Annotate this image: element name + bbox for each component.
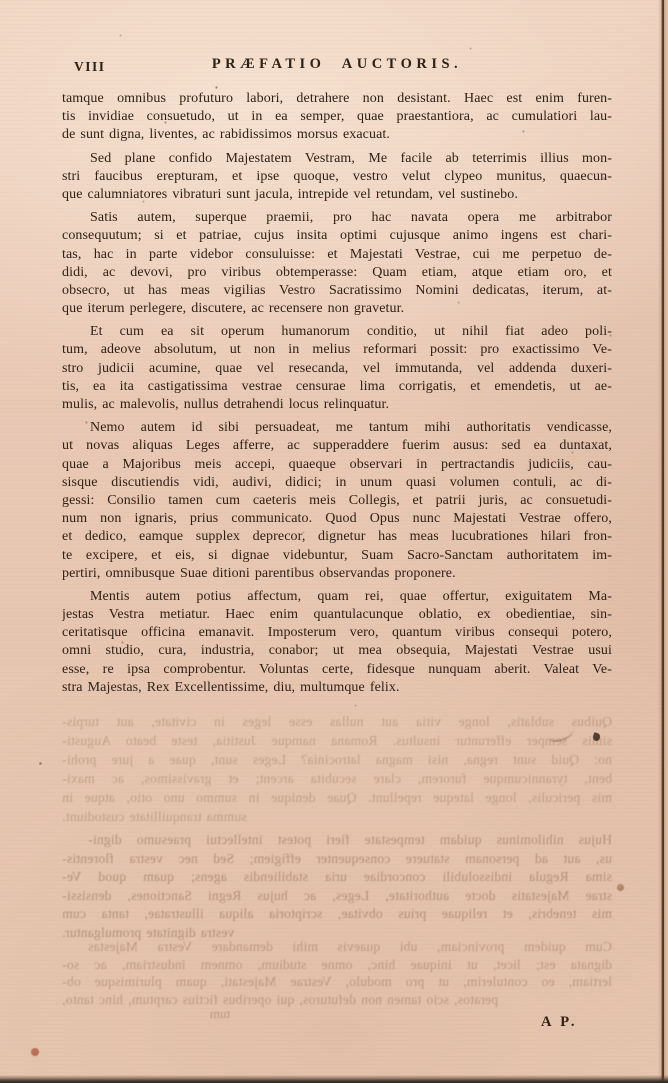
text-line: sisque discutiendis vidi, audivi, didici… — [62, 474, 612, 492]
text-line: jestas Vestra metiatur. Haec enim quantu… — [62, 606, 612, 624]
text-line: que calumniatores vibraturi sunt jacula,… — [62, 186, 612, 204]
text-line: que iterum perlegere, discutere, ac rece… — [62, 300, 612, 318]
page-edge-bottom — [0, 1075, 668, 1083]
text-line: ut novas aliquas Leges afferre, ac suppe… — [62, 437, 612, 455]
text-line: Et cum ea sit operum humanorum conditio,… — [62, 323, 612, 341]
text-line: quae a Majoribus meis accepi, quaeque ob… — [62, 456, 612, 474]
text-line: te excipere, et eis, si dignae videbuntu… — [62, 547, 612, 565]
text-line: gessi: Consilio tamen cum caeteris meis … — [62, 492, 612, 510]
bleedthrough-block-3: Cum quidem provinciam, ubi quaevis mihi … — [62, 938, 612, 1008]
text-line: mulis, ac malevolis, nullus detrahendi l… — [62, 396, 612, 414]
foxing-spot — [617, 884, 624, 891]
page-edge-right — [658, 0, 668, 1083]
bleedthrough-block-2: Hujus nihilominus quidam tempestate fier… — [62, 831, 612, 942]
text-line: us, aut ad personam statuere consequente… — [62, 850, 612, 869]
text-line: de sunt digna, liventes, ac rabidissimos… — [62, 126, 612, 144]
page-number: VIII — [74, 59, 106, 75]
text-line: ceritatisque officina emanavit. Imposter… — [62, 624, 612, 642]
text-line: tas, hac in parte videbor consuluisse: e… — [62, 246, 612, 264]
text-line: tum, adeove absolutum, ut non in melius … — [62, 341, 612, 359]
text-line: esse, re ipsa comprobentur. Voluntas cer… — [62, 661, 612, 679]
paper-specks — [0, 0, 1, 1]
page-header: VIII PRÆFATIO AUCTORIS. — [62, 56, 612, 80]
text-line: lertiam, eo contulerim, ut pro modulo, V… — [62, 973, 612, 991]
paragraph-2: Sed plane confido Majestatem Vestram, Me… — [62, 150, 612, 205]
paragraph-4: Et cum ea sit operum humanorum conditio,… — [62, 323, 612, 414]
text-line: strae Majestatis docte authoritate, Lege… — [62, 887, 612, 906]
text-line: stri faucibus erepturam, et ipse quoque,… — [62, 168, 612, 186]
text-line: omni studio, cura, industria, conabor; u… — [62, 642, 612, 660]
text-line: tamque omnibus profuturo labori, detrahe… — [62, 90, 612, 108]
text-line: mis periculis, longe lateque repellunt. … — [62, 788, 612, 807]
text-line: mis tenebris, et reliquae prius obvitae,… — [62, 905, 612, 924]
signature-mark: A P. — [541, 1014, 577, 1031]
text-line: simis semper efferuntur insultus. Romana… — [62, 731, 612, 750]
text-line: summa tranquillitate custodiunt. — [62, 807, 612, 826]
text-line: num non ignaris, prius communicato. Quod… — [62, 510, 612, 528]
text-line: no: Quid sunt regna, nisi magna latrocin… — [62, 750, 612, 769]
text-line: sima Regula indissolubili concordiae uri… — [62, 868, 612, 887]
text-line: Satis autem, superque praemii, pro hac n… — [62, 209, 612, 227]
text-line: Cum quidem provinciam, ubi quaevis mihi … — [62, 938, 612, 956]
text-line: Quibus sublatis, longe vitia aut nullas … — [62, 712, 612, 731]
text-line: Sed plane confido Majestatem Vestram, Me… — [62, 150, 612, 168]
text-line: Mentis autem potius affectum, quam rei, … — [62, 588, 612, 606]
paragraph-1: tamque omnibus profuturo labori, detrahe… — [62, 90, 612, 145]
bleedthrough-block-1: Quibus sublatis, longe vitia aut nullas … — [62, 712, 612, 826]
text-line: didi, ac devovi, pro viribus obtemperass… — [62, 264, 612, 282]
text-line: bent, tyrannicumque furorem, clare secub… — [62, 769, 612, 788]
ink-stain — [31, 1048, 39, 1056]
text-line: dignata est; licet, ut iniquae hinc, omn… — [62, 956, 612, 974]
paragraph-6: Mentis autem potius affectum, quam rei, … — [62, 588, 612, 697]
paragraph-3: Satis autem, superque praemii, pro hac n… — [62, 209, 612, 318]
book-page-scan: VIII PRÆFATIO AUCTORIS. tamque omnibus p… — [0, 0, 668, 1083]
bleedthrough-word: tum — [190, 1006, 230, 1022]
text-line: Hujus nihilominus quidam tempestate fier… — [62, 831, 612, 850]
text-line: tis invidiae consuetudo, ut in ea semper… — [62, 108, 612, 126]
text-line: peratos, scio tamen non defuturos, qui o… — [62, 991, 612, 1009]
text-line: et dedico, eamque supplex deprecor, dign… — [62, 528, 612, 546]
main-text-block: tamque omnibus profuturo labori, detrahe… — [62, 90, 612, 697]
text-line: stra Majestas, Rex Excellentissime, diu,… — [62, 679, 612, 697]
text-line: consequutum; si et patriae, cujus insita… — [62, 227, 612, 245]
text-line: stro judicii acumine, quae vel resecanda… — [62, 360, 612, 378]
running-title: PRÆFATIO AUCTORIS. — [62, 56, 612, 73]
text-line: obsecro, ut has meas vigilias Vestro Sac… — [62, 282, 612, 300]
text-line: tis, ea ita castigatissima vestrae censu… — [62, 378, 612, 396]
text-line: Nemo autem id sibi persuadeat, me tantum… — [62, 419, 612, 437]
text-line: pertiri, omnibusque Suae ditioni parenti… — [62, 565, 612, 583]
paragraph-5: Nemo autem id sibi persuadeat, me tantum… — [62, 419, 612, 583]
